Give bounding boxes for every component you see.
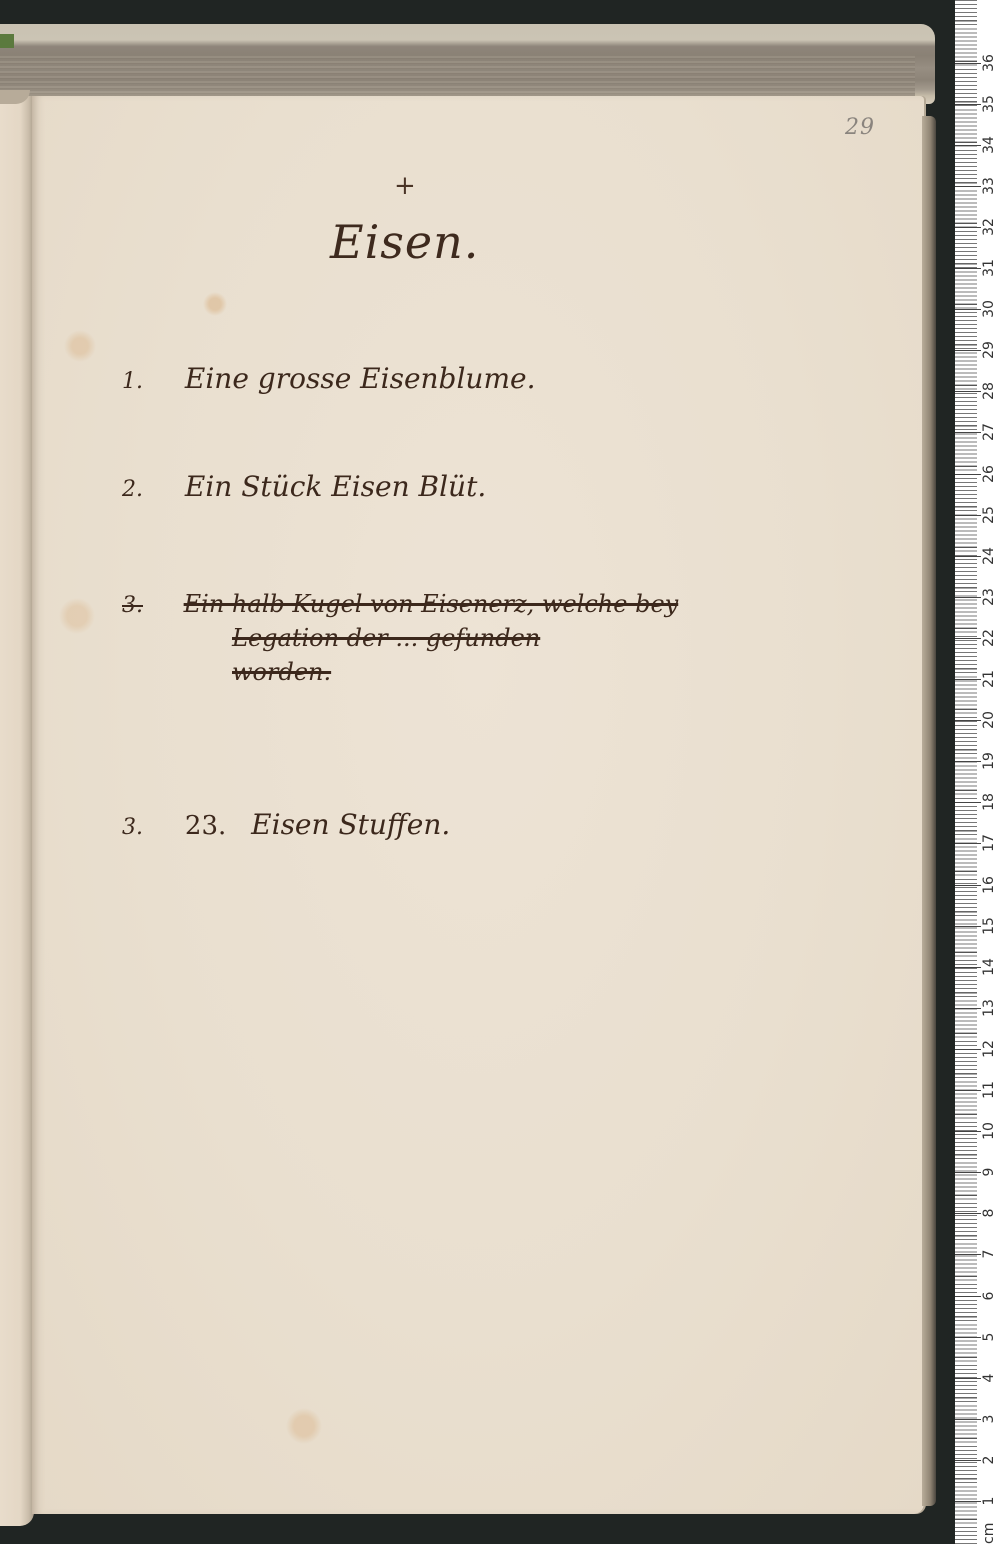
ruler-label: 20 — [979, 710, 999, 730]
ruler-major-tick — [955, 1090, 981, 1091]
heading-text: Eisen. — [330, 215, 479, 269]
ruler-label: 14 — [979, 957, 999, 977]
ruler-label: 12 — [979, 1039, 999, 1059]
ruler-label: 30 — [979, 299, 999, 319]
left-page-edge — [0, 96, 34, 1526]
entry-number: 3. — [122, 815, 176, 840]
ruler-label: 19 — [979, 751, 999, 771]
ruler-major-tick — [955, 1213, 981, 1214]
list-entry-2: 2. Ein Stück Eisen Blüt. — [122, 470, 486, 503]
ruler-label: 31 — [979, 258, 999, 278]
entry-number: 2. — [122, 477, 176, 502]
ruler-label: 18 — [979, 792, 999, 812]
ruler-major-tick — [955, 679, 981, 680]
page-curl — [0, 90, 30, 104]
ruler-major-tick — [955, 474, 981, 475]
list-entry-1: 1. Eine grosse Eisenblume. — [122, 362, 535, 395]
page-heading: + Eisen. — [330, 215, 479, 269]
ruler-major-tick — [955, 432, 981, 433]
ruler-major-tick — [955, 1419, 981, 1420]
entry-text: Ein Stück Eisen Blüt. — [185, 470, 486, 503]
ruler-label: 24 — [979, 546, 999, 566]
ruler-label: 34 — [979, 135, 999, 155]
ruler-label: 26 — [979, 464, 999, 484]
ruler-label: 15 — [979, 916, 999, 936]
ruler-label: 33 — [979, 176, 999, 196]
ruler-major-tick — [955, 391, 981, 392]
ruler-label: 3 — [979, 1409, 999, 1429]
ruler-major-tick — [955, 802, 981, 803]
ruler-label: 9 — [979, 1162, 999, 1182]
ruler-unit-label: cm — [979, 1524, 999, 1544]
ruler-major-tick — [955, 885, 981, 886]
ruler-major-tick — [955, 104, 981, 105]
entry-text: Eine grosse Eisenblume. — [185, 362, 536, 395]
ruler-major-tick — [955, 1337, 981, 1338]
ruler-label: 4 — [979, 1368, 999, 1388]
ruler-major-tick — [955, 1254, 981, 1255]
ruler-major-tick — [955, 926, 981, 927]
measurement-ruler: 1234567891011121314151617181920212223242… — [955, 0, 1000, 1544]
manuscript-page — [32, 96, 924, 1514]
ruler-major-tick — [955, 63, 981, 64]
ruler-label: 27 — [979, 422, 999, 442]
ruler-label: 17 — [979, 833, 999, 853]
ruler-label: 8 — [979, 1203, 999, 1223]
ruler-major-tick — [955, 515, 981, 516]
ruler-label: 22 — [979, 628, 999, 648]
ruler-label: 23 — [979, 587, 999, 607]
ruler-major-tick — [955, 556, 981, 557]
ruler-label: 10 — [979, 1121, 999, 1141]
ruler-major-tick — [955, 268, 981, 269]
ruler-label: 28 — [979, 381, 999, 401]
ruler-major-tick — [955, 1172, 981, 1173]
ruler-label: 35 — [979, 94, 999, 114]
list-entry-3-struck: 3. Ein halb Kugel von Eisenerz, welche b… — [122, 590, 678, 686]
ruler-major-tick — [955, 1296, 981, 1297]
ruler-label: 36 — [979, 53, 999, 73]
entry-number: 3. — [122, 593, 176, 618]
entry-count: 23. — [185, 811, 226, 841]
entry-continuation-2: worden. — [122, 658, 678, 686]
ruler-major-tick — [955, 1460, 981, 1461]
ruler-major-tick — [955, 638, 981, 639]
ruler-major-tick — [955, 309, 981, 310]
ruler-major-tick — [955, 1501, 981, 1502]
ruler-label: 16 — [979, 875, 999, 895]
ruler-major-tick — [955, 1131, 981, 1132]
ruler-major-tick — [955, 145, 981, 146]
ruler-major-tick — [955, 720, 981, 721]
ruler-major-tick — [955, 186, 981, 187]
ruler-major-tick — [955, 761, 981, 762]
ruler-label: 2 — [979, 1450, 999, 1470]
ruler-major-tick — [955, 967, 981, 968]
list-entry-4: 3. 23. Eisen Stuffen. — [122, 808, 450, 841]
ruler-label: 21 — [979, 669, 999, 689]
ruler-half-ticks — [955, 0, 977, 1544]
entry-text: Ein halb Kugel von Eisenerz, welche bey — [184, 590, 679, 618]
ruler-label: 5 — [979, 1327, 999, 1347]
ruler-label: 13 — [979, 998, 999, 1018]
heading-cross-mark: + — [394, 171, 417, 201]
ruler-label: 7 — [979, 1244, 999, 1264]
entry-text: Eisen Stuffen. — [251, 808, 450, 841]
ruler-label: 29 — [979, 340, 999, 360]
ruler-major-tick — [955, 1049, 981, 1050]
ruler-label: 1 — [979, 1491, 999, 1511]
ruler-major-tick — [955, 1378, 981, 1379]
green-bookmark-tab — [0, 34, 14, 48]
ruler-label: 11 — [979, 1080, 999, 1100]
ruler-major-tick — [955, 1008, 981, 1009]
entry-continuation: Legation der ... gefunden — [122, 624, 678, 652]
ruler-major-tick — [955, 597, 981, 598]
ruler-major-tick — [955, 843, 981, 844]
ruler-label: 25 — [979, 505, 999, 525]
page-fore-edge — [922, 116, 936, 1506]
ruler-major-tick — [955, 350, 981, 351]
book-top-edge — [0, 24, 935, 104]
ruler-label: 6 — [979, 1286, 999, 1306]
entry-number: 1. — [122, 369, 176, 394]
ruler-label: 32 — [979, 217, 999, 237]
ruler-major-tick — [955, 227, 981, 228]
folio-number: 29 — [845, 115, 875, 140]
